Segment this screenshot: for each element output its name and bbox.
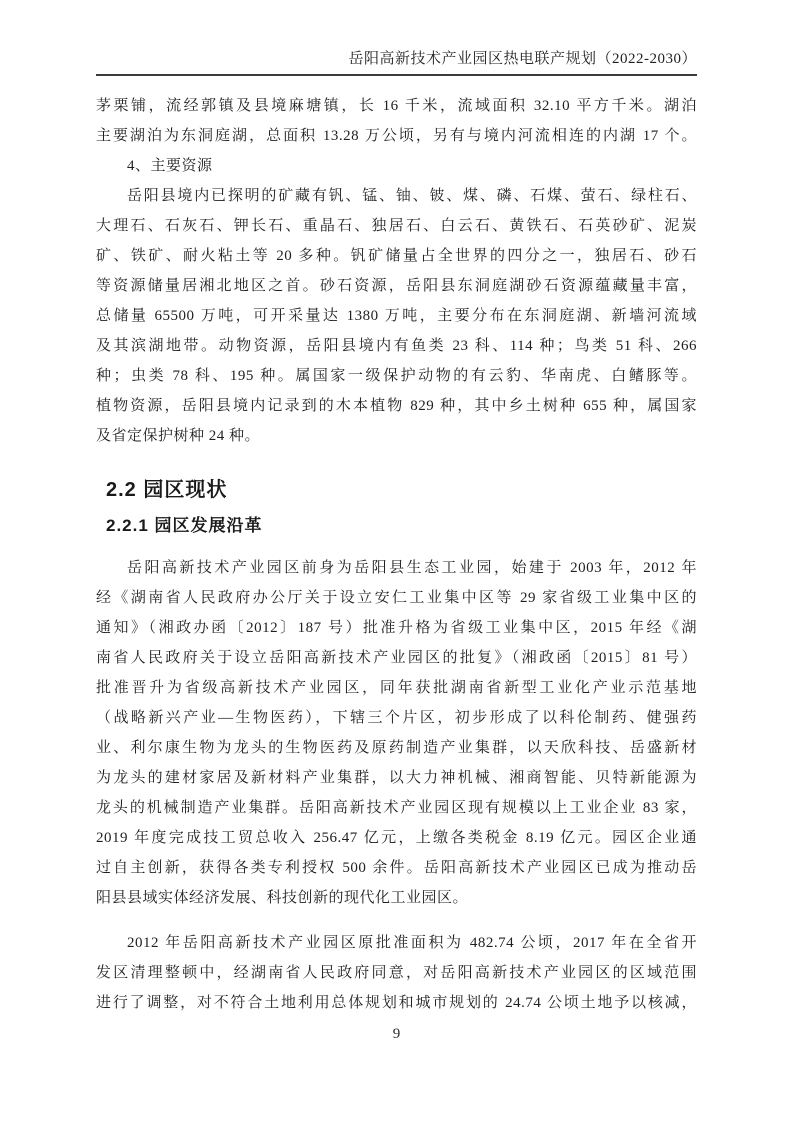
document-page: 岳阳高新技术产业园区热电联产规划（2022-2030） 茅栗铺，流经郭镇及县境麻…: [0, 0, 793, 1122]
text-line: 及省定保护树种 24 种。: [96, 421, 697, 451]
section-heading-park-status: 2.2 园区现状: [106, 477, 227, 503]
text-line: 茅栗铺，流经郭镇及县境麻塘镇，长 16 千米，流域面积 32.10 平方千米。湖…: [96, 91, 697, 121]
text-line: 南省人民政府关于设立岳阳高新技术产业园区的批复》（湘政函〔2015〕81 号）: [96, 643, 697, 673]
text-line: 进行了调整，对不符合土地利用总体规划和城市规划的 24.74 公顷土地予以核减，: [96, 988, 697, 1018]
text-line: 矿、铁矿、耐火粘土等 20 多种。钒矿储量占全世界的四分之一，独居石、砂石: [96, 241, 697, 271]
page-number: 9: [0, 1026, 793, 1043]
header-rule-line: [96, 74, 697, 76]
text-line: 2012 年岳阳高新技术产业园区原批准面积为 482.74 公顷，2017 年在…: [96, 928, 697, 958]
text-line: 通知》（湘政办函〔2012〕187 号）批准升格为省级工业集中区，2015 年经…: [96, 613, 697, 643]
paragraph-area-adjustment: 2012 年岳阳高新技术产业园区原批准面积为 482.74 公顷，2017 年在…: [96, 928, 697, 1018]
text-line: 岳阳县境内已探明的矿藏有钒、锰、铀、铍、煤、磷、石煤、萤石、绿柱石、: [96, 181, 697, 211]
text-line: 批准晋升为省级高新技术产业园区，同年获批湖南省新型工业化产业示范基地: [96, 673, 697, 703]
paragraph-history: 岳阳高新技术产业园区前身为岳阳县生态工业园，始建于 2003 年，2012 年经…: [96, 553, 697, 913]
text-line: 大理石、石灰石、钾长石、重晶石、独居石、白云石、黄铁石、石英砂矿、泥炭: [96, 211, 697, 241]
text-line: 4、主要资源: [96, 151, 697, 181]
text-line: 发区清理整顿中，经湖南省人民政府同意，对岳阳高新技术产业园区的区域范围: [96, 958, 697, 988]
text-line: 种；虫类 78 科、195 种。属国家一级保护动物的有云豹、华南虎、白鳍豚等。: [96, 361, 697, 391]
text-line: 岳阳高新技术产业园区前身为岳阳县生态工业园，始建于 2003 年，2012 年: [96, 553, 697, 583]
text-line: 龙头的机械制造产业集群。岳阳高新技术产业园区现有规模以上工业企业 83 家，: [96, 793, 697, 823]
subsection-heading-park-history: 2.2.1 园区发展沿革: [106, 514, 263, 538]
text-line: 主要湖泊为东洞庭湖，总面积 13.28 万公顷，另有与境内河流相连的内湖 17 …: [96, 121, 697, 151]
text-line: 为龙头的建材家居及新材料产业集群，以大力神机械、湘商智能、贝特新能源为: [96, 763, 697, 793]
text-line: 2019 年度完成技工贸总收入 256.47 亿元，上缴各类税金 8.19 亿元…: [96, 823, 697, 853]
text-line: 总储量 65500 万吨，可开采量达 1380 万吨，主要分布在东洞庭湖、新墙河…: [96, 301, 697, 331]
text-line: 及其滨湖地带。动物资源，岳阳县境内有鱼类 23 科、114 种；鸟类 51 科、…: [96, 331, 697, 361]
page-header-title: 岳阳高新技术产业园区热电联产规划（2022-2030）: [96, 48, 697, 70]
text-line: 过自主创新，获得各类专利授权 500 余件。岳阳高新技术产业园区已成为推动岳: [96, 853, 697, 883]
text-line: 等资源储量居湘北地区之首。砂石资源，岳阳县东洞庭湖砂石资源蕴藏量丰富，: [96, 271, 697, 301]
text-line: 经《湖南省人民政府办公厅关于设立安仁工业集中区等 29 家省级工业集中区的: [96, 583, 697, 613]
text-line: 业、利尔康生物为龙头的生物医药及原药制造产业集群，以天欣科技、岳盛新材: [96, 733, 697, 763]
text-line: 植物资源，岳阳县境内记录到的木本植物 829 种，其中乡土树种 655 种，属国…: [96, 391, 697, 421]
text-line: （战略新兴产业—生物医药），下辖三个片区，初步形成了以科伦制药、健强药: [96, 703, 697, 733]
text-line: 阳县县域实体经济发展、科技创新的现代化工业园区。: [96, 883, 697, 913]
paragraph-resources: 茅栗铺，流经郭镇及县境麻塘镇，长 16 千米，流域面积 32.10 平方千米。湖…: [96, 91, 697, 451]
